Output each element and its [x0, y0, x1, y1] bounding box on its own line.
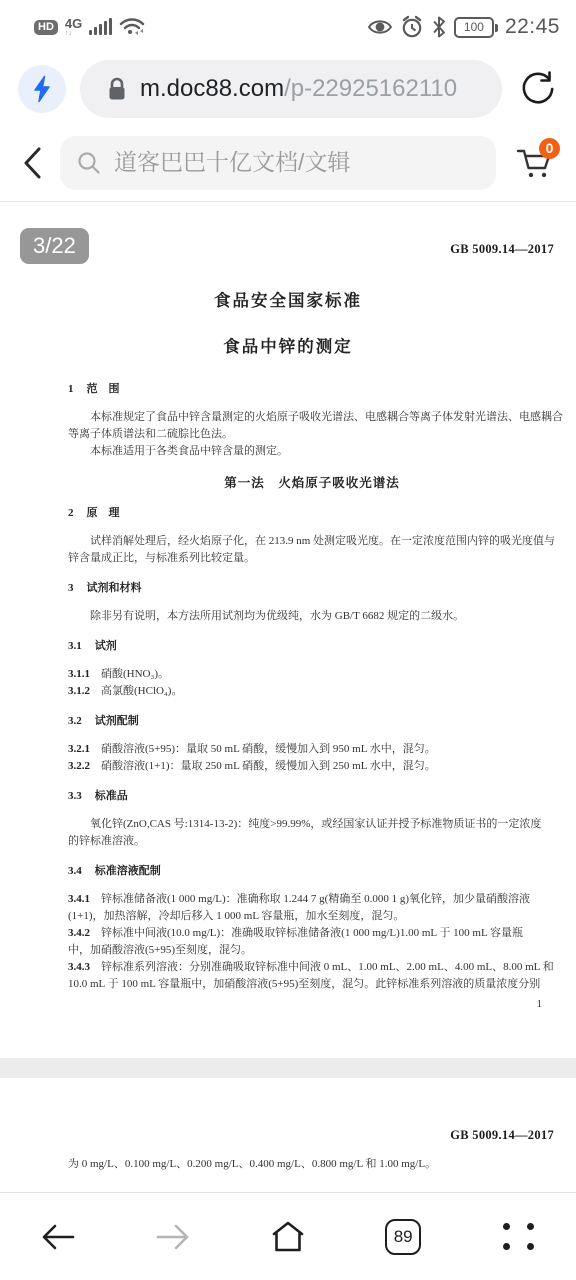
url-bar: m.doc88.com/p-22925162110: [0, 48, 576, 130]
url-path: /p-22925162110: [284, 75, 457, 103]
cart-count-badge: 0: [539, 138, 560, 159]
doc-line: 为 0 mg/L、0.100 mg/L、0.200 mg/L、0.400 mg/…: [68, 1156, 556, 1173]
site-search-bar: 0: [0, 130, 576, 202]
doc-line: 3.4.3锌标准系列溶液：分别准确吸取锌标准中间液 0 mL、1.00 mL、2…: [68, 959, 556, 976]
doc-title-line2: 食品中锌的测定: [0, 333, 576, 357]
status-left-cluster: HD 4G↑↓: [34, 16, 145, 38]
alarm-icon: [400, 15, 424, 39]
tab-count-box: 89: [385, 1219, 421, 1255]
nav-back-button[interactable]: [23, 1207, 93, 1267]
doc-line: 3.2试剂配制: [68, 713, 556, 730]
document-page-2: GB 5009.14—2017 为 0 mg/L、0.100 mg/L、0.20…: [0, 1078, 576, 1192]
page2-content: 为 0 mg/L、0.100 mg/L、0.200 mg/L、0.400 mg/…: [0, 1156, 576, 1173]
address-field[interactable]: m.doc88.com/p-22925162110: [80, 60, 502, 118]
battery-icon: 100: [454, 17, 494, 38]
doc-line: 的锌标准溶液。: [68, 833, 556, 850]
search-icon: [76, 150, 102, 176]
page1-content: 1范 围本标准规定了食品中锌含量测定的火焰原子吸收光谱法、电感耦合等离子体发射光…: [0, 381, 576, 1013]
doc-line: 中，加硝酸溶液(5+95)至刻度，混匀。: [68, 942, 556, 959]
page-indicator-badge: 3/22: [20, 228, 89, 264]
doc-line: 3试剂和材料: [68, 580, 556, 597]
cart-button[interactable]: 0: [506, 137, 562, 189]
hd-badge: HD: [34, 20, 58, 35]
search-input[interactable]: [114, 149, 480, 176]
wifi-icon: [119, 16, 145, 38]
search-field-wrap[interactable]: [60, 136, 496, 190]
network-type-label: 4G↑↓: [65, 17, 82, 37]
nav-forward-button[interactable]: [138, 1207, 208, 1267]
doc-line: 10.0 mL 于 100 mL 容量瓶中，加硝酸溶液(5+95)至刻度，混匀。…: [68, 976, 556, 993]
eye-comfort-icon: [367, 17, 393, 37]
doc-line: 第一法 火焰原子吸收光谱法: [68, 475, 556, 492]
browser-bottom-toolbar: 89: [0, 1192, 576, 1280]
document-page-1: GB 5009.14—2017 食品安全国家标准 食品中锌的测定 1范 围本标准…: [0, 202, 576, 1058]
refresh-button[interactable]: [516, 67, 560, 111]
doc-line: 2原 理: [68, 505, 556, 522]
status-bar: HD 4G↑↓: [0, 0, 576, 48]
menu-dots-icon: [503, 1223, 534, 1250]
doc-line: 锌含量成正比，与标准系列比较定量。: [68, 550, 556, 567]
home-button[interactable]: [253, 1207, 323, 1267]
doc-line: 3.2.1硝酸溶液(5+95)：量取 50 mL 硝酸，缓慢加入到 950 mL…: [68, 741, 556, 758]
clock-time: 22:45: [505, 15, 560, 39]
doc-line: 3.1.1硝酸(HNO₃)。: [68, 666, 556, 683]
menu-button[interactable]: [483, 1207, 553, 1267]
network-activity-arrows: ↑↓: [65, 30, 82, 37]
doc-line: 试样消解处理后，经火焰原子化，在 213.9 nm 处测定吸光度。在一定浓度范围…: [68, 533, 556, 550]
doc-line: 除非另有说明，本方法所用试剂均为优级纯，水为 GB/T 6682 规定的二级水。: [68, 608, 556, 625]
doc-line: 等离子体质谱法和二硫腙比色法。: [68, 426, 556, 443]
bluetooth-icon: [431, 15, 447, 39]
doc-line: 1范 围: [68, 381, 556, 398]
chevron-left-icon: [21, 146, 43, 180]
document-viewer[interactable]: 3/22 GB 5009.14—2017 食品安全国家标准 食品中锌的测定 1范…: [0, 202, 576, 1192]
doc-line: 3.2.2硝酸溶液(1+1)：量取 250 mL 硝酸，缓慢加入到 250 mL…: [68, 758, 556, 775]
back-chevron-button[interactable]: [14, 143, 50, 183]
doc-line: 3.4.1锌标准储备液(1 000 mg/L)：准确称取 1.244 7 g(精…: [68, 891, 556, 908]
signal-bars-icon: [89, 19, 112, 35]
arrow-right-icon: [154, 1221, 192, 1253]
status-right-cluster: 100 22:45: [367, 15, 560, 39]
lightning-icon: [31, 75, 53, 103]
url-host: m.doc88.com: [140, 75, 284, 103]
doc-line: 1: [68, 996, 556, 1013]
doc-line: (1+1)，加热溶解，冷却后移入 1 000 mL 容量瓶，加水至刻度，混匀。: [68, 908, 556, 925]
arrow-left-icon: [39, 1221, 77, 1253]
doc-line: 氧化锌(ZnO,CAS 号:1314-13-2)：纯度>99.99%，或经国家认…: [68, 816, 556, 833]
refresh-icon: [518, 69, 558, 109]
doc-line: 本标准规定了食品中锌含量测定的火焰原子吸收光谱法、电感耦合等离子体发射光谱法、电…: [68, 409, 556, 426]
standard-number-header-2: GB 5009.14—2017: [0, 1128, 576, 1143]
doc-line: 3.1.2高氯酸(HClO₄)。: [68, 683, 556, 700]
home-icon: [268, 1218, 308, 1256]
page-separator: [0, 1058, 576, 1078]
tabs-button[interactable]: 89: [368, 1207, 438, 1267]
doc-line: 本标准适用于各类食品中锌含量的测定。: [68, 443, 556, 460]
lock-icon: [106, 76, 128, 102]
quick-access-button[interactable]: [18, 65, 66, 113]
phone-screen: HD 4G↑↓: [0, 0, 576, 1280]
doc-line: 3.1试剂: [68, 638, 556, 655]
doc-title-line1: 食品安全国家标准: [0, 287, 576, 311]
doc-line: 3.3标准品: [68, 788, 556, 805]
doc-line: 3.4.2锌标准中间液(10.0 mg/L)：准确吸取锌标准储备液(1 000 …: [68, 925, 556, 942]
doc-line: 3.4标准溶液配制: [68, 863, 556, 880]
